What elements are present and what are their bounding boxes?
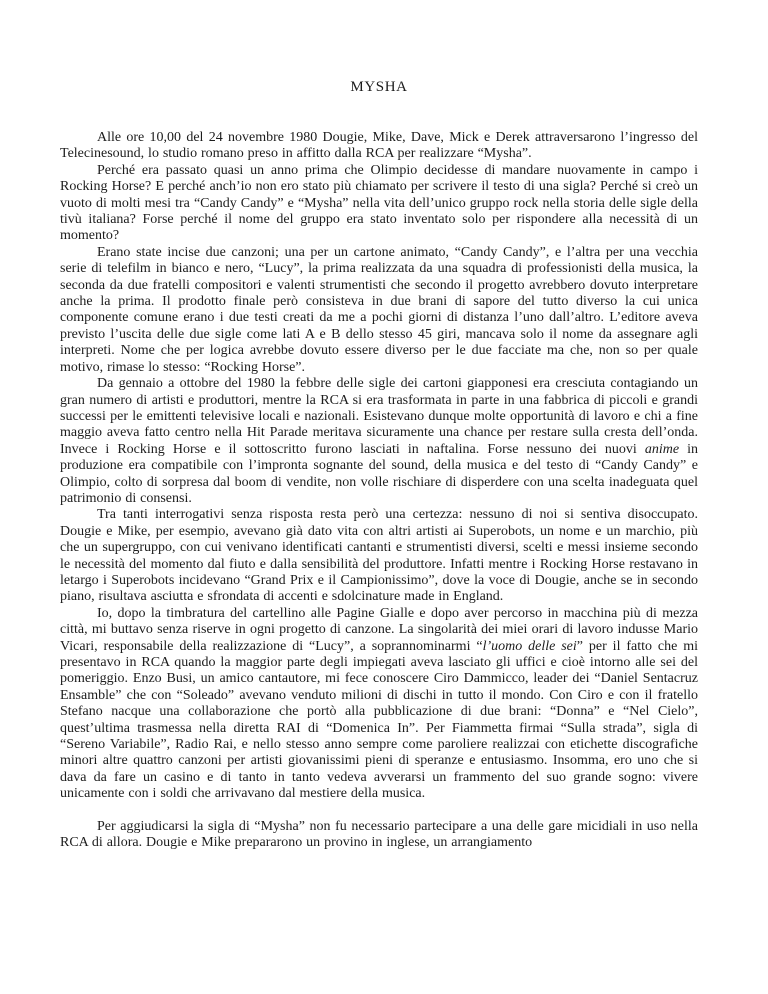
page-title: MYSHA xyxy=(60,78,698,96)
paragraph-run: Perché era passato quasi un anno prima c… xyxy=(60,163,698,244)
document-page: MYSHA Alle ore 10,00 del 24 novembre 198… xyxy=(0,0,768,994)
paragraph-7: Per aggiudicarsi la sigla di “Mysha” non… xyxy=(60,819,698,852)
paragraph-5: Tra tanti interrogativi senza risposta r… xyxy=(60,507,698,605)
document-body: Alle ore 10,00 del 24 novembre 1980 Doug… xyxy=(60,130,698,852)
paragraph-run: Da gennaio a ottobre del 1980 la febbre … xyxy=(60,376,698,457)
paragraph-run: Alle ore 10,00 del 24 novembre 1980 Doug… xyxy=(60,130,698,161)
paragraph-3: Erano state incise due canzoni; una per … xyxy=(60,245,698,376)
italic-run-luomo-delle-sei: l’uomo delle sei xyxy=(483,639,577,654)
paragraph-6: Io, dopo la timbratura del cartellino al… xyxy=(60,606,698,803)
paragraph-run: Per aggiudicarsi la sigla di “Mysha” non… xyxy=(60,819,698,850)
paragraph-1: Alle ore 10,00 del 24 novembre 1980 Doug… xyxy=(60,130,698,163)
paragraph-run: Tra tanti interrogativi senza risposta r… xyxy=(60,507,698,604)
paragraph-run: ” per il fatto che mi presentavo in RCA … xyxy=(60,639,698,802)
paragraph-2: Perché era passato quasi un anno prima c… xyxy=(60,163,698,245)
italic-run-anime: anime xyxy=(645,442,679,457)
paragraph-4: Da gennaio a ottobre del 1980 la febbre … xyxy=(60,376,698,507)
paragraph-run: Erano state incise due canzoni; una per … xyxy=(60,245,698,375)
